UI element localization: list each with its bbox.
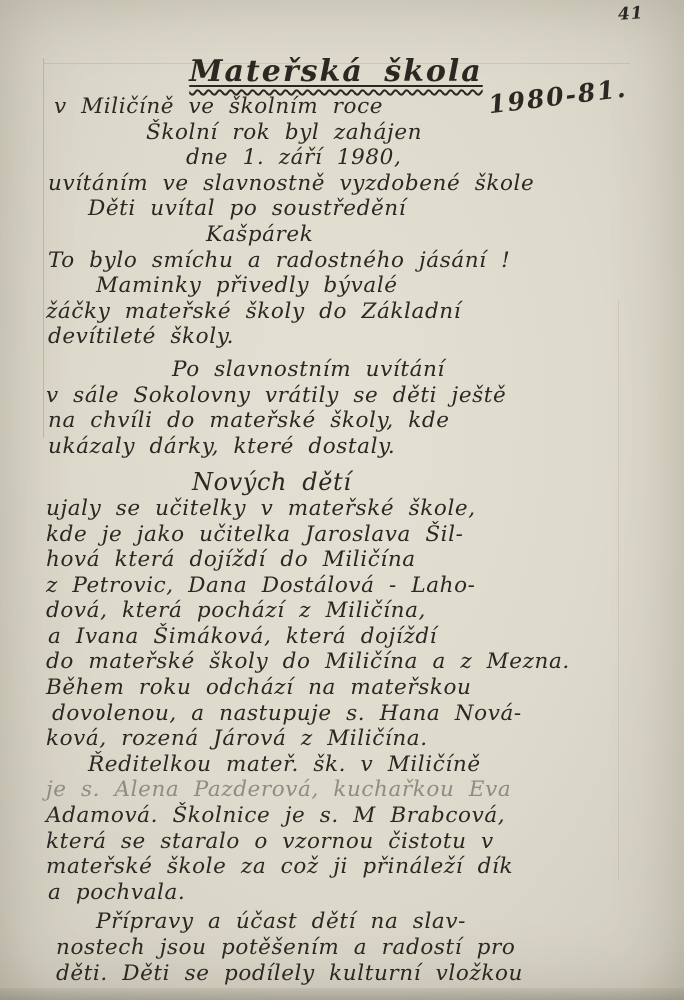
handwritten-line: je s. Alena Pazderová, kuchařkou Eva <box>46 777 626 803</box>
handwritten-line: žáčky mateřské školy do Základní <box>46 299 626 325</box>
handwritten-line: uvítáním ve slavnostně vyzdobené škole <box>48 171 626 197</box>
handwritten-line: Školní rok byl zahájen <box>146 120 626 146</box>
handwritten-line: Maminky přivedly bývalé <box>96 273 626 299</box>
handwritten-line: To bylo smíchu a radostného jásání ! <box>48 248 626 274</box>
document-title-text: Mateřská škola <box>189 54 482 89</box>
handwritten-line: hová která dojíždí do Miličína <box>46 547 626 573</box>
album-bottom-shadow <box>0 988 684 1000</box>
handwritten-line: nostech jsou potěšením a radostí pro <box>56 935 626 961</box>
handwritten-line: dová, která pochází z Miličína, <box>46 598 626 624</box>
handwritten-line: Děti uvítal po soustředění <box>88 196 626 222</box>
handwritten-line: dovolenou, a nastupuje s. Hana Nová- <box>52 701 626 727</box>
handwritten-line: kde je jako učitelka Jaroslava Šil- <box>46 522 626 548</box>
manuscript-text: Mateřská škola 1980-81. v Miličíně ve šk… <box>46 54 626 986</box>
chronicle-page-scan: 41 Mateřská škola 1980-81. v Miličíně ve… <box>0 0 684 1000</box>
page-number: 41 <box>618 3 645 25</box>
handwritten-line: a pochvala. <box>48 880 626 906</box>
handwritten-line: dne 1. září 1980, <box>186 145 626 171</box>
handwritten-line: a Ivana Šimáková, která dojíždí <box>48 624 626 650</box>
pasted-sheet-left-edge <box>43 58 44 438</box>
handwritten-line: ujaly se učitelky v mateřské škole, <box>46 496 626 522</box>
handwritten-line: děti. Děti se podílely kulturní vložkou <box>56 961 626 987</box>
handwritten-line: Během roku odchází na mateřskou <box>46 675 626 701</box>
handwritten-line: do mateřské školy do Miličína a z Mezna. <box>46 649 626 675</box>
handwritten-line: na chvíli do mateřské školy, kde <box>48 408 626 434</box>
handwritten-line: Po slavnostním uvítání <box>172 357 626 383</box>
handwritten-line: Adamová. Školnice je s. M Brabcová, <box>46 803 626 829</box>
handwritten-line: mateřské škole za což ji přináleží dík <box>46 854 626 880</box>
handwritten-line: Ředitelkou mateř. šk. v Miličíně <box>88 752 626 778</box>
handwritten-line: Nových dětí <box>192 470 626 496</box>
handwritten-line: z Petrovic, Dana Dostálová - Laho- <box>46 573 626 599</box>
handwritten-line: která se staralo o vzornou čistotu v <box>46 829 626 855</box>
handwritten-line: devítileté školy. <box>48 324 626 350</box>
handwritten-line: ukázaly dárky, které dostaly. <box>48 434 626 460</box>
handwritten-line: v sále Sokolovny vrátily se děti ještě <box>46 383 626 409</box>
handwritten-lines: v Miličíně ve školním roceŠkolní rok byl… <box>46 94 626 986</box>
handwritten-line: ková, rozená Járová z Miličína. <box>46 726 626 752</box>
handwritten-line: Přípravy a účast dětí na slav- <box>96 909 626 935</box>
handwritten-line: Kašpárek <box>206 222 626 248</box>
